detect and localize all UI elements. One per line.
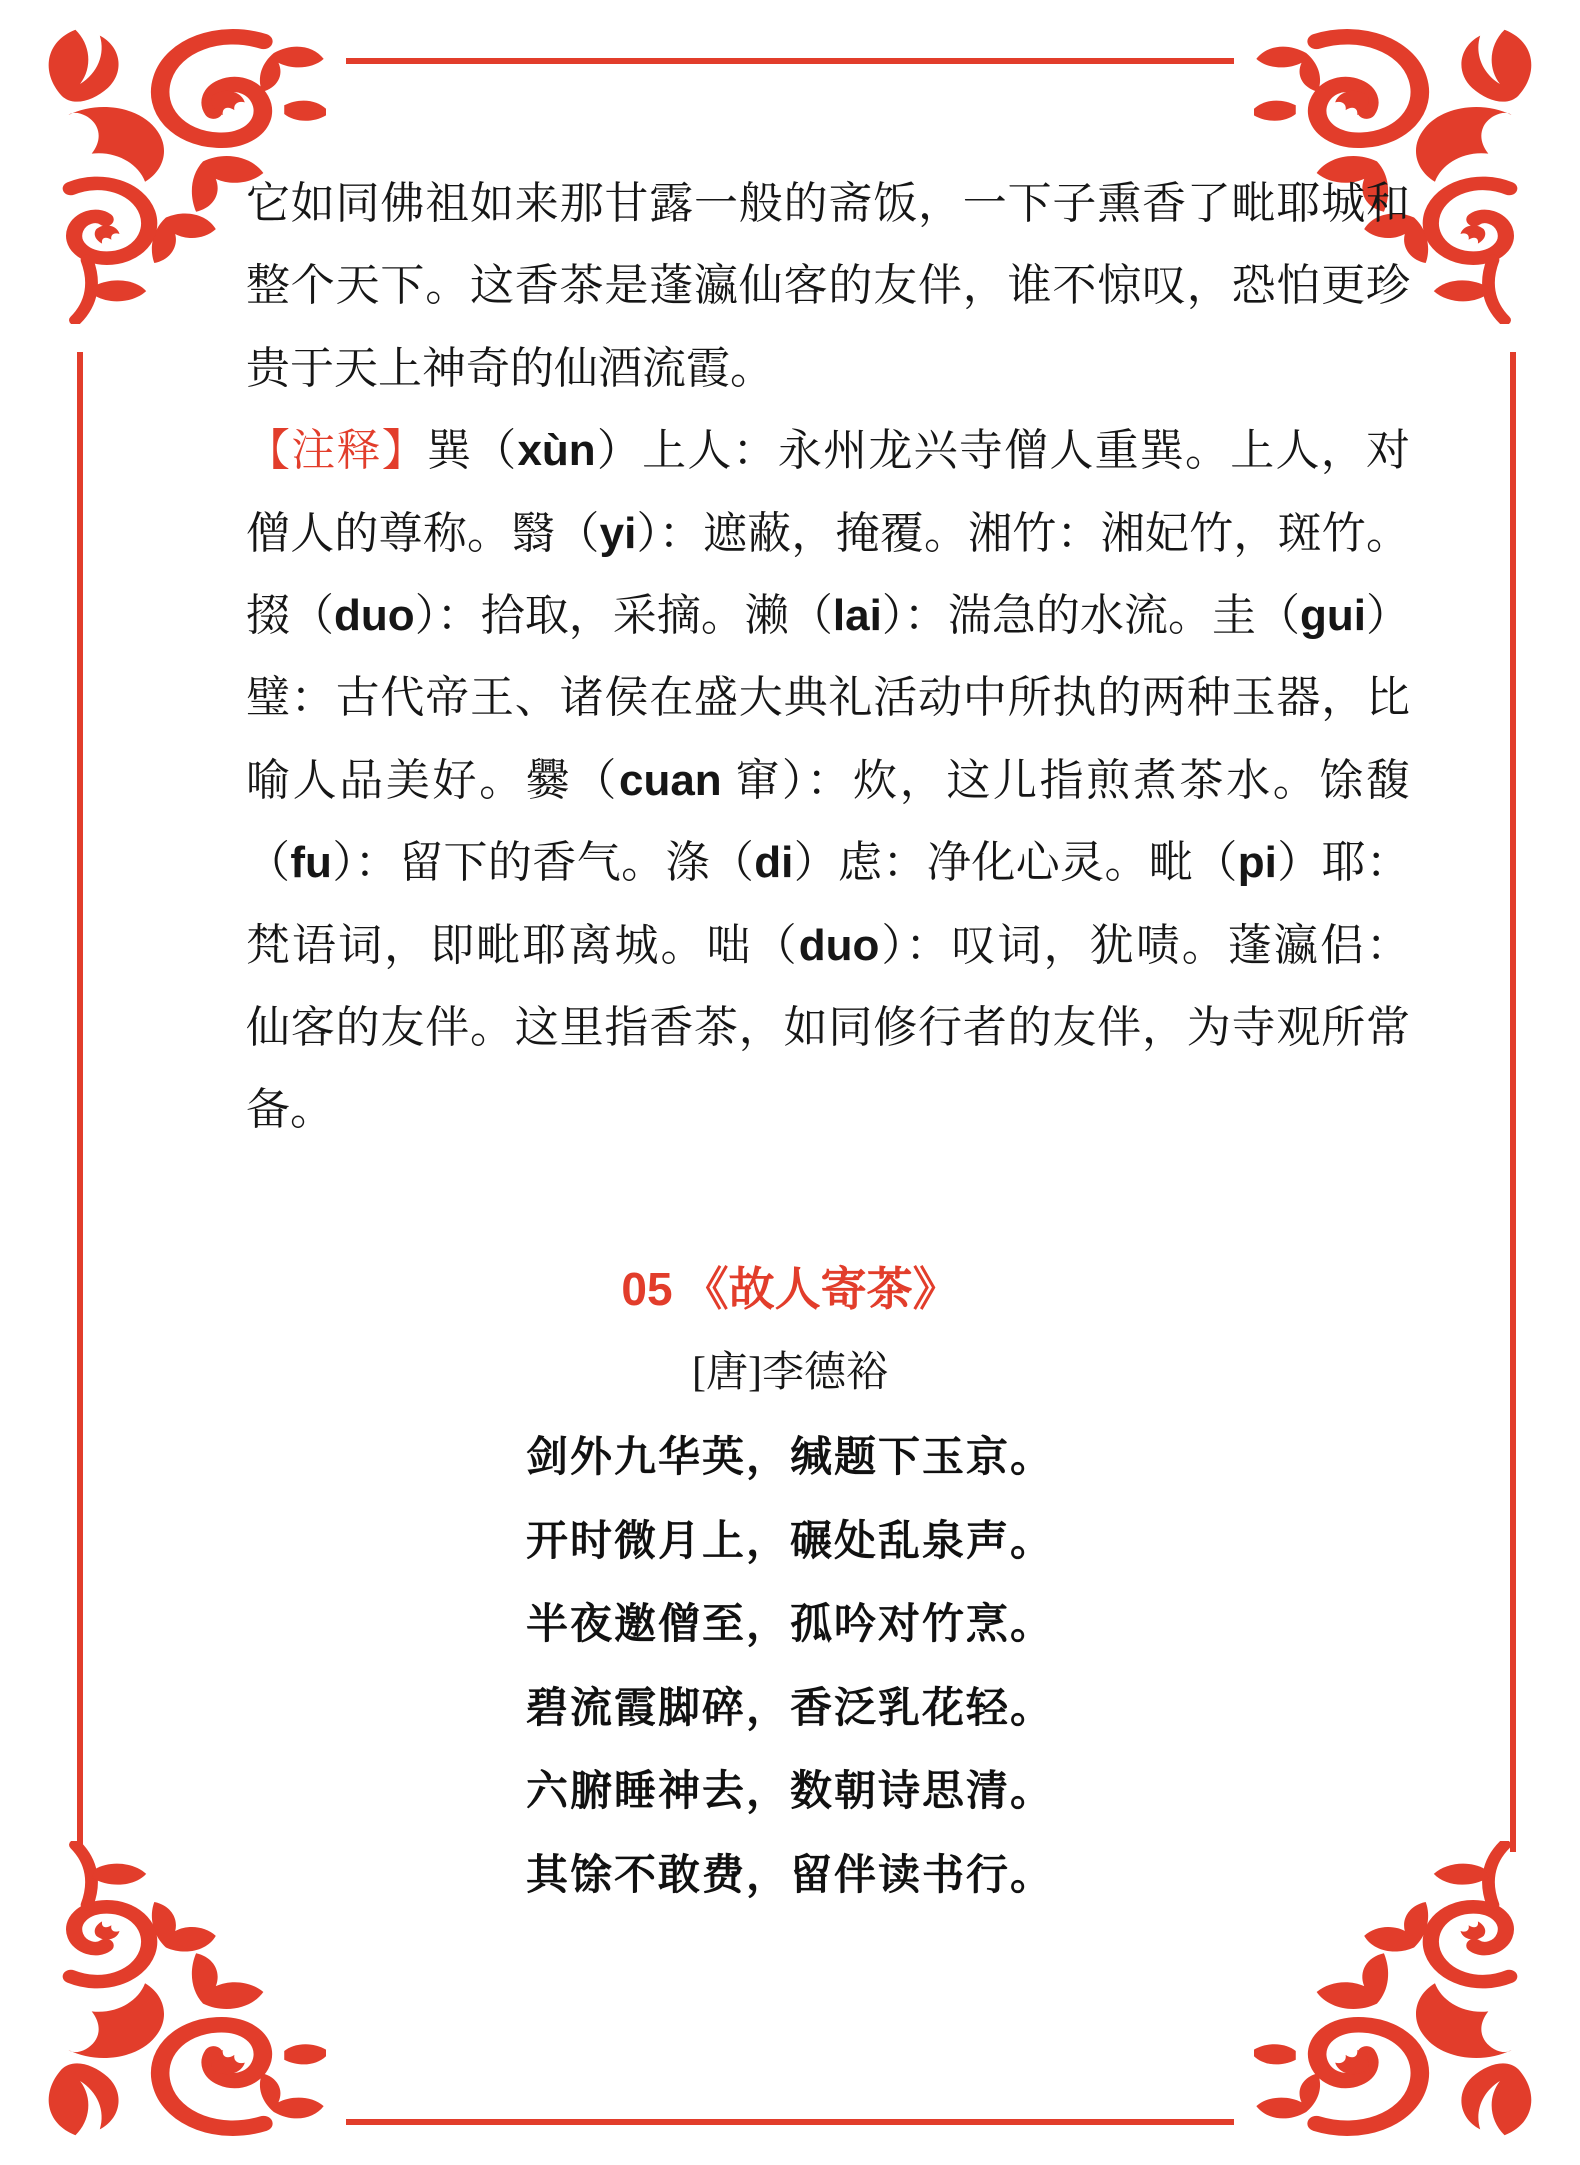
body-line: 喻人品美好。爨（cuan 窜）：炊，这儿指煎煮茶水。馀馥 [246,740,1410,822]
body-text-segment: 贵于天上神奇的仙酒流霞。 [246,344,774,393]
poem-line: 半夜邀僧至，孤吟对竹烹。 [0,1582,1580,1666]
poem-line: 开时微月上，碾处乱泉声。 [0,1499,1580,1583]
poem-line: 碧流霞脚碎，香泛乳花轻。 [0,1666,1580,1750]
body-text-segment: 璧：古代帝王、诸侯在盛大典礼活动中所执的两种玉器，比 [246,673,1410,722]
body-text-segment: 喻人品美好。爨（ [246,756,619,805]
pinyin-text: duo [799,921,880,970]
body-text-segment: 整个天下。这香茶是蓬瀛仙客的友伴，谁不惊叹，恐怕更珍 [246,261,1410,310]
body-text-segment: 备。 [246,1085,334,1134]
border-line-top [346,58,1234,64]
body-text-segment: 它如同佛祖如来那甘露一般的斋饭，一下子熏香了毗耶城和 [246,179,1410,228]
poem-title: 05《故人寄茶》 [0,1248,1580,1332]
body-line: 备。 [246,1069,1410,1151]
body-text-segment: 窜）：炊，这儿指煎煮茶水。馀馥 [722,756,1410,805]
pinyin-text: yi [600,509,637,558]
body-text-segment: ）上人：永州龙兴寺僧人重巽。上人，对 [596,426,1410,475]
body-text-segment: ）虑：净化心灵。毗（ [793,838,1237,887]
pinyin-text: xùn [517,426,595,475]
pinyin-text: duo [334,591,415,640]
body-text-segment: ）：留下的香气。涤（ [332,838,754,887]
body-text-segment: ）：遮蔽，掩覆。湘竹：湘妃竹，斑竹。 [636,509,1410,558]
body-line: 僧人的尊称。翳（yi）：遮蔽，掩覆。湘竹：湘妃竹，斑竹。 [246,493,1410,575]
body-text-segment: ）：叹词，犹啧。蓬瀛侣： [879,921,1410,970]
body-text-segment: （ [246,838,290,887]
poem-title-text: 《故人寄茶》 [683,1264,959,1315]
body-text-segment: 梵语词，即毗耶离城。咄（ [246,921,799,970]
poem-line: 六腑睡神去，数朝诗思清。 [0,1749,1580,1833]
body-text-segment: ）：湍急的水流。圭（ [882,591,1300,640]
body-line: 仙客的友伴。这里指香茶，如同修行者的友伴，为寺观所常 [246,987,1410,1069]
body-line: 贵于天上神奇的仙酒流霞。 [246,328,1410,410]
poem-author: [唐]李德裕 [0,1332,1580,1416]
body-text-segment: 仙客的友伴。这里指香茶，如同修行者的友伴，为寺观所常 [246,1003,1410,1052]
poem-body: 剑外九华英，缄题下玉京。开时微月上，碾处乱泉声。半夜邀僧至，孤吟对竹烹。碧流霞脚… [0,1415,1580,1916]
pinyin-text: gui [1300,591,1366,640]
body-text-segment: ） [1366,591,1410,640]
pinyin-text: di [754,838,793,887]
body-text-segment: 掇（ [246,591,334,640]
pinyin-text: cuan [619,756,722,805]
body-line: 璧：古代帝王、诸侯在盛大典礼活动中所执的两种玉器，比 [246,657,1410,739]
body-line: 整个天下。这香茶是蓬瀛仙客的友伴，谁不惊叹，恐怕更珍 [246,245,1410,327]
body-line: 梵语词，即毗耶离城。咄（duo）：叹词，犹啧。蓬瀛侣： [246,905,1410,987]
pinyin-text: fu [290,838,332,887]
body-line: 它如同佛祖如来那甘露一般的斋饭，一下子熏香了毗耶城和 [246,163,1410,245]
poem-line: 剑外九华英，缄题下玉京。 [0,1415,1580,1499]
body-line: 【注释】巽（xùn）上人：永州龙兴寺僧人重巽。上人，对 [246,410,1410,492]
note-label: 【注释】 [246,426,427,475]
body-line: （fu）：留下的香气。涤（di）虑：净化心灵。毗（pi）耶： [246,822,1410,904]
pinyin-text: lai [833,591,882,640]
body-line: 掇（duo）：拾取，采摘。濑（lai）：湍急的水流。圭（gui） [246,575,1410,657]
body-text-segment: ）耶： [1277,838,1410,887]
poem-number: 05 [621,1263,672,1315]
poem-line: 其馀不敢费，留伴读书行。 [0,1833,1580,1917]
document-page: 它如同佛祖如来那甘露一般的斋饭，一下子熏香了毗耶城和整个天下。这香茶是蓬瀛仙客的… [0,0,1580,2165]
body-text-segment: 僧人的尊称。翳（ [246,509,600,558]
border-line-bottom [346,2119,1234,2125]
body-text-segment: ）：拾取，采摘。濑（ [415,591,833,640]
poem-section: 05《故人寄茶》 [唐]李德裕 剑外九华英，缄题下玉京。开时微月上，碾处乱泉声。… [0,1248,1580,1916]
translation-and-notes-text: 它如同佛祖如来那甘露一般的斋饭，一下子熏香了毗耶城和整个天下。这香茶是蓬瀛仙客的… [246,163,1410,1152]
pinyin-text: pi [1238,838,1277,887]
body-text-segment: 巽（ [427,426,517,475]
